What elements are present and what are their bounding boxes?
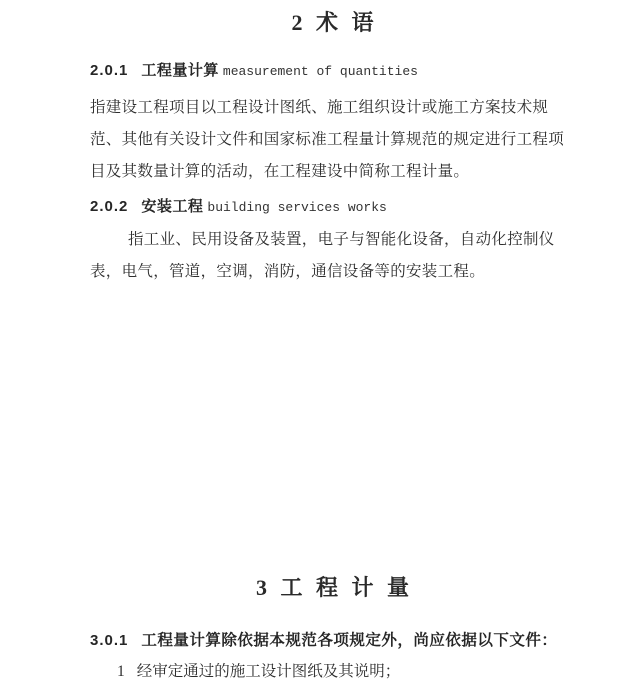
clause-3-0-1-heading: 3.0.1工程量计算除依据本规范各项规定外，尚应依据以下文件： [90, 625, 578, 657]
clause-2-0-1-term-zh: 工程量计算 [141, 62, 219, 79]
clause-2-0-2-definition: 指工业、民用设备及装置，电子与智能化设备，自动化控制仪 表，电气，管道，空调，消… [90, 224, 578, 288]
clause-2-0-2-term-zh: 安装工程 [141, 198, 203, 215]
clause-2-0-1-heading: 2.0.1工程量计算measurement of quantities [90, 55, 578, 88]
item-1-text: 经审定通过的施工设计图纸及其说明； [137, 663, 401, 680]
clause-3-0-1-text: 工程量计算除依据本规范各项规定外，尚应依据以下文件： [141, 632, 557, 649]
chapter-2-title: 2 术 语 [0, 9, 640, 37]
clause-2-0-1-definition: 指建设工程项目以工程设计图纸、施工组织设计或施工方案技术规 范、其他有关设计文件… [90, 92, 578, 188]
chapter-3-title: 3 工 程 计 量 [0, 574, 640, 602]
clause-2-0-2-heading: 2.0.2安装工程building services works [90, 191, 578, 224]
document-page: 2 术 语 2.0.1工程量计算measurement of quantitie… [0, 0, 640, 689]
clause-3-0-1-number: 3.0.1 [90, 632, 128, 649]
clause-3-0-1-item-1: 1经审定通过的施工设计图纸及其说明； [90, 656, 578, 688]
clause-2-0-1-term-en: measurement of quantities [223, 64, 418, 79]
clause-2-0-2-term-en: building services works [207, 200, 386, 215]
clause-2-0-2-number: 2.0.2 [90, 198, 128, 215]
clause-2-0-1-number: 2.0.1 [90, 62, 128, 79]
item-1-number: 1 [117, 656, 125, 688]
